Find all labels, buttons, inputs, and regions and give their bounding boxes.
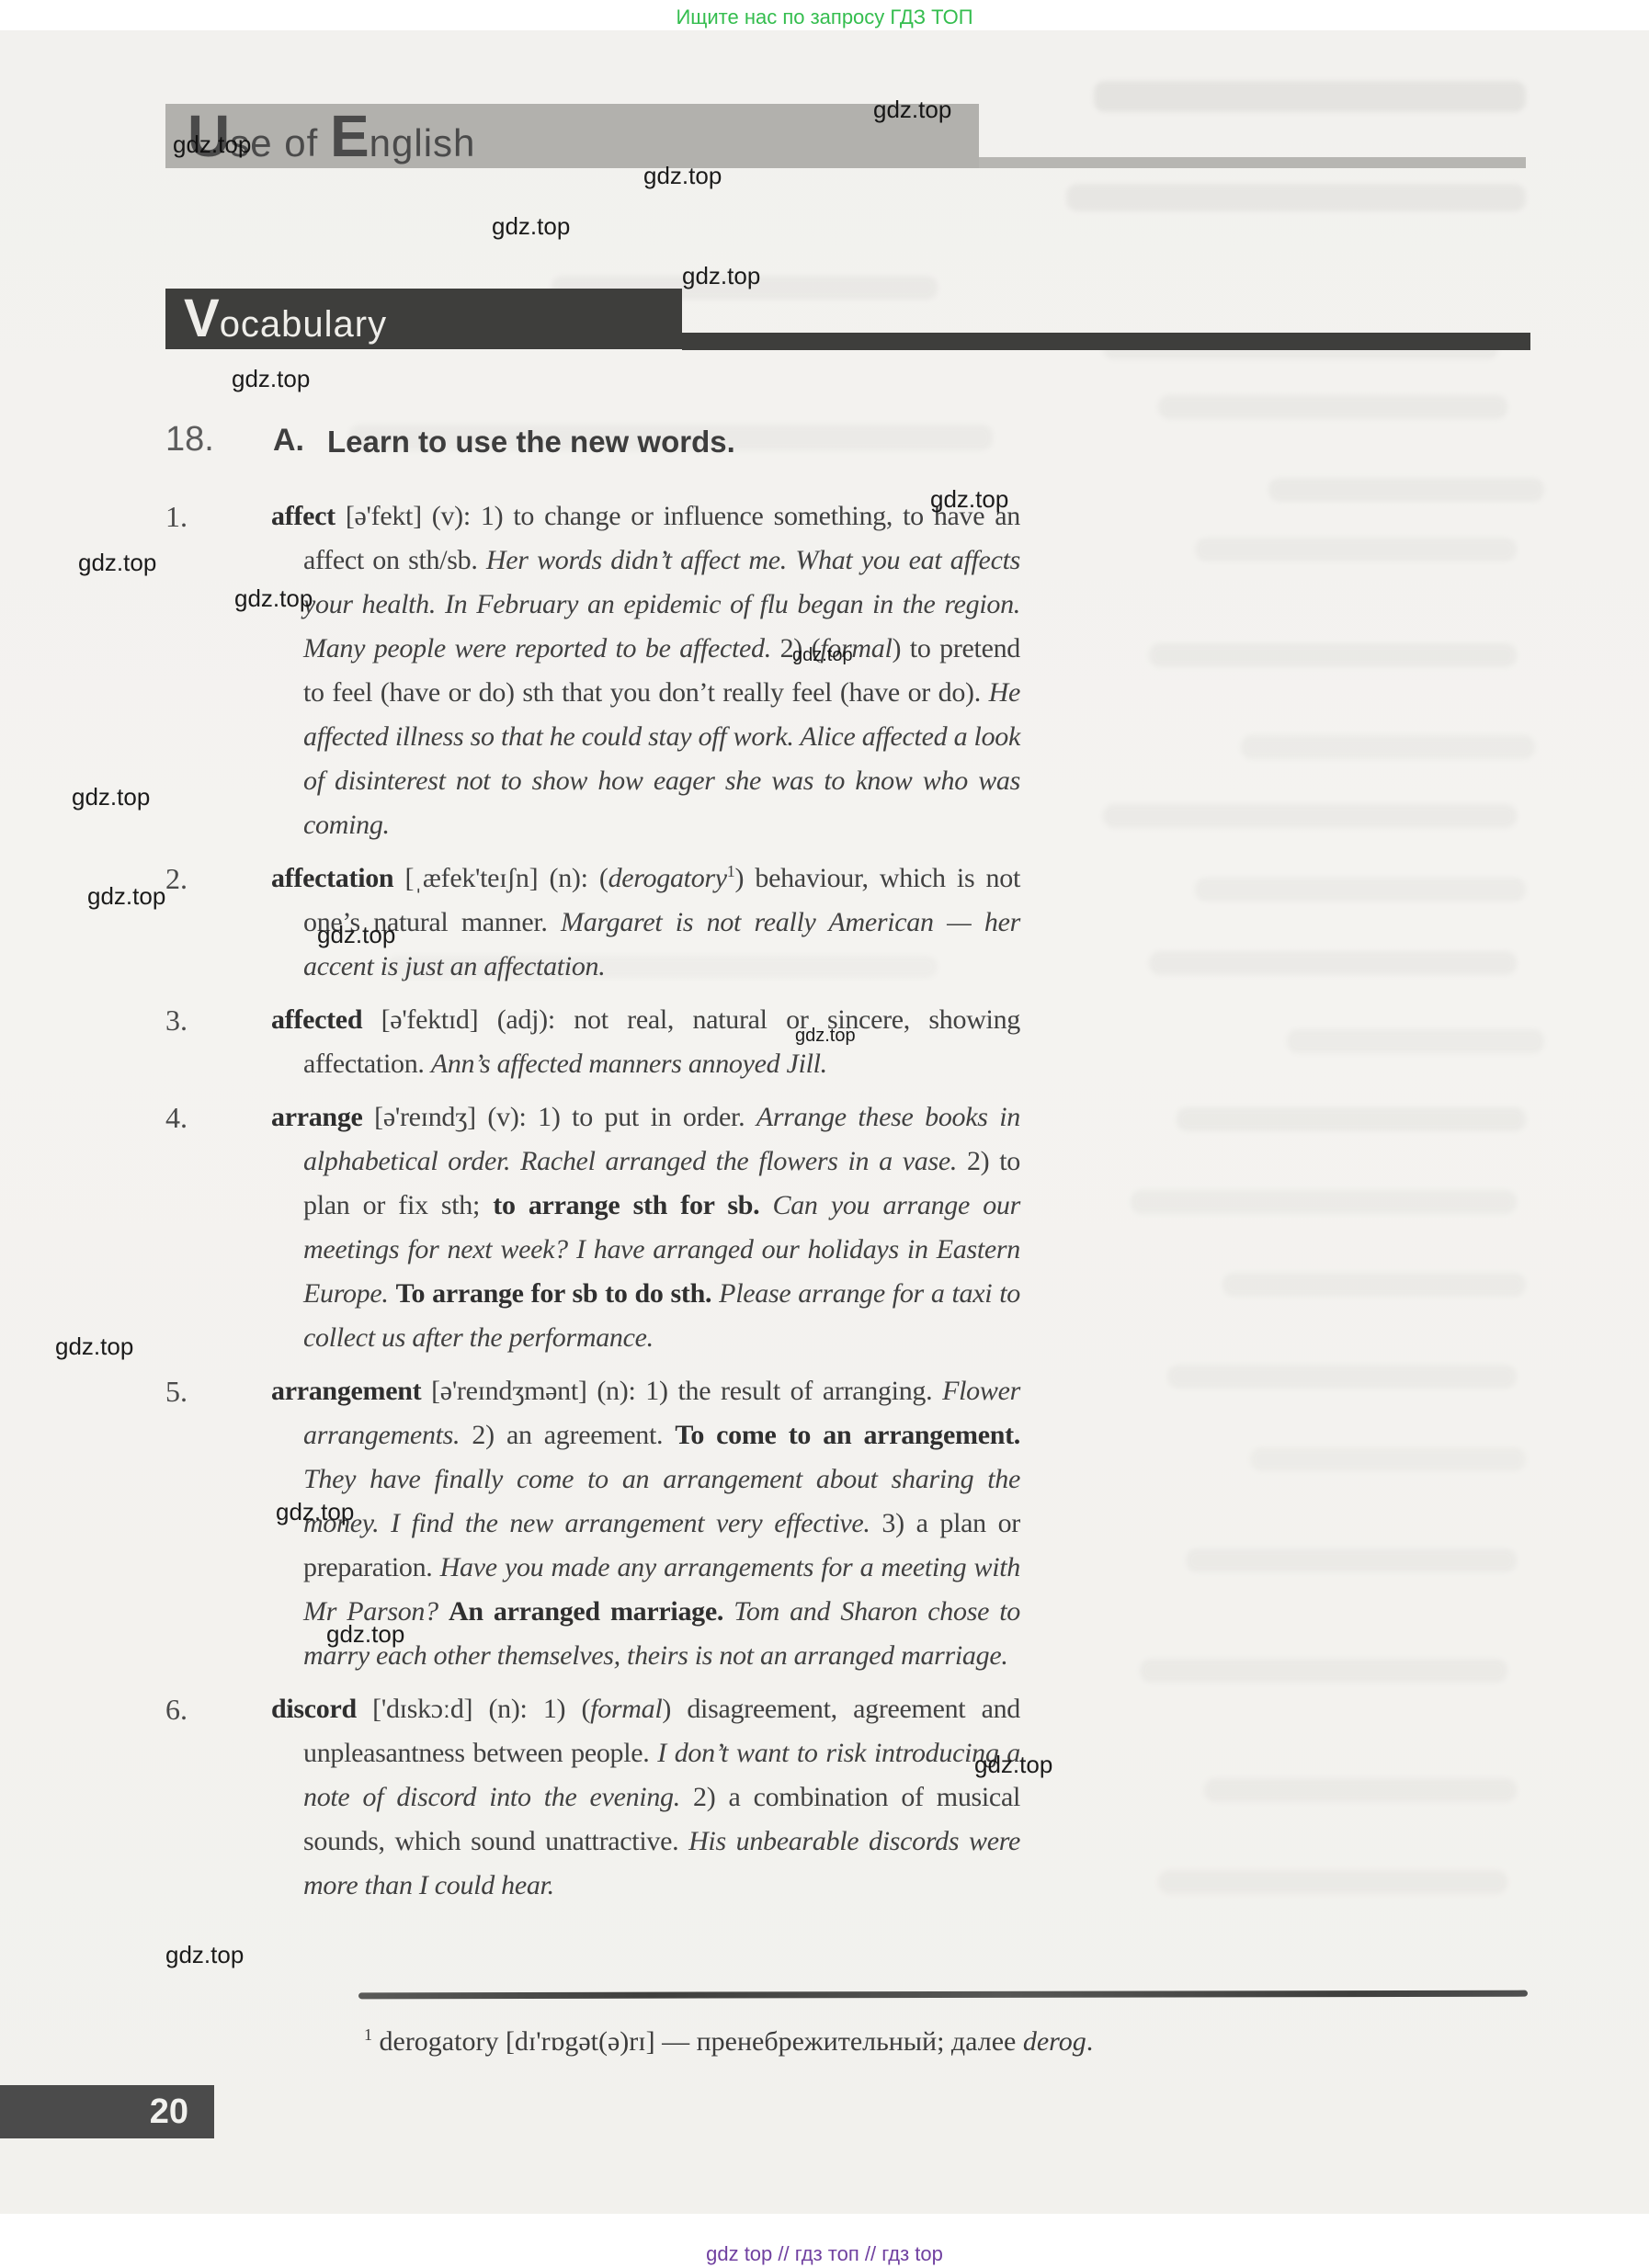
gdz-watermark: gdz.top — [492, 212, 570, 241]
page-number: 20 — [0, 2085, 214, 2138]
vocab-entry-affect: 1.affect [ə'fekt] (v): 1) to change or i… — [165, 494, 1020, 847]
bleed-through-streak — [1204, 1778, 1517, 1802]
exercise-number: 18. — [165, 420, 214, 459]
gdz-watermark: gdz.top — [643, 162, 722, 190]
bleed-through-streak — [1149, 643, 1517, 667]
section-text: ocabulary — [220, 304, 387, 345]
gdz-watermark: gdz.top — [234, 584, 313, 613]
scanned-textbook-page: Ищите нас по запросу ГДЗ ТОП Use of Engl… — [0, 0, 1649, 2268]
bleed-through-streak — [1268, 478, 1544, 502]
site-note-top: Ищите нас по запросу ГДЗ ТОП — [0, 6, 1649, 29]
bleed-through-streak — [1158, 395, 1507, 419]
title-text: nglish — [370, 121, 476, 164]
section-dropcap: V — [184, 289, 220, 348]
gdz-watermark: gdz.top — [974, 1751, 1052, 1779]
entry-definition: arrange [ə'reɪndʒ] (v): 1) to put in ord… — [303, 1095, 1020, 1360]
entry-number: 2. — [165, 856, 188, 901]
gdz-watermark: gdz.top — [232, 365, 310, 393]
bleed-through-streak — [1177, 1107, 1526, 1131]
vocabulary-entries: 1.affect [ə'fekt] (v): 1) to change or i… — [165, 494, 1020, 1917]
footnote: 1 derogatory [dɪ'rɒgət(ə)rɪ] — пренебреж… — [364, 2026, 1522, 2058]
bleed-through-streak — [1287, 1029, 1544, 1053]
bleed-through-streak — [1094, 81, 1526, 112]
entry-number: 3. — [165, 998, 188, 1042]
gdz-watermark: gdz.top — [682, 262, 760, 290]
vocab-entry-affectation: 2.affectation [ˌæfek'teɪʃn] (n): (deroga… — [165, 856, 1020, 989]
bleed-through-streak — [1195, 538, 1517, 561]
gdz-watermark: gdz.top — [930, 485, 1008, 514]
entry-definition: arrangement [ə'reɪndʒmənt] (n): 1) the r… — [303, 1369, 1020, 1678]
gdz-watermark: gdz.top — [87, 882, 165, 911]
gdz-watermark: gdz.top — [78, 549, 156, 577]
bleed-through-streak — [1195, 878, 1526, 902]
gdz-watermark: gdz.top — [55, 1332, 133, 1361]
bleed-through-streak — [1140, 1659, 1507, 1683]
gdz-watermark: gdz.top — [792, 645, 853, 666]
entry-number: 4. — [165, 1095, 188, 1140]
gdz-watermark: gdz.top — [873, 96, 951, 124]
vocab-entry-affected: 3.affected [ə'fektɪd] (adj): not real, n… — [165, 998, 1020, 1086]
entry-number: 5. — [165, 1369, 188, 1413]
bleed-through-streak — [1103, 804, 1517, 828]
exercise-letter: A. — [273, 423, 304, 459]
bleed-through-streak — [1223, 1273, 1526, 1297]
bleed-through-streak — [1241, 735, 1535, 759]
gdz-watermark: gdz.top — [276, 1498, 354, 1526]
gdz-watermark: gdz.top — [173, 130, 251, 159]
bleed-through-streak — [1131, 1190, 1517, 1214]
exercise-instruction: Learn to use the new words. — [327, 425, 735, 459]
bleed-through-streak — [1066, 184, 1526, 211]
bleed-through-streak — [1149, 951, 1517, 975]
entry-definition: affectation [ˌæfek'teɪʃn] (n): (derogato… — [303, 856, 1020, 989]
bleed-through-streak — [1167, 1365, 1517, 1389]
vocabulary-banner: Vocabulary — [165, 289, 682, 349]
gdz-watermark: gdz.top — [72, 783, 150, 811]
vocabulary-banner-underline — [682, 333, 1530, 350]
use-of-english-banner: Use of English — [165, 104, 979, 168]
bleed-through-streak — [1158, 1870, 1507, 1894]
entry-definition: affect [ə'fekt] (v): 1) to change or inf… — [303, 494, 1020, 847]
use-of-english-banner-underline — [979, 157, 1526, 168]
title-dropcap: E — [330, 103, 370, 169]
gdz-watermark: gdz.top — [795, 1026, 856, 1047]
bleed-through-streak — [1186, 1548, 1517, 1572]
gdz-watermark: gdz.top — [165, 1941, 244, 1969]
entry-definition: affected [ə'fektɪd] (adj): not real, nat… — [303, 998, 1020, 1086]
site-note-bottom: gdz top // гдз топ // гдз top — [0, 2242, 1649, 2266]
footnote-divider-rule — [358, 1990, 1528, 2000]
vocab-entry-discord: 6.discord ['dɪskɔːd] (n): 1) (formal) di… — [165, 1687, 1020, 1908]
gdz-watermark: gdz.top — [317, 921, 395, 949]
entry-number: 1. — [165, 494, 188, 539]
bleed-through-streak — [1250, 1447, 1526, 1471]
entry-definition: discord ['dɪskɔːd] (n): 1) (formal) disa… — [303, 1687, 1020, 1908]
page-number-box: 20 — [0, 2085, 214, 2138]
gdz-watermark: gdz.top — [326, 1620, 404, 1649]
book-page-paper: Use of English Vocabulary 18. A. Learn t… — [0, 30, 1649, 2214]
vocab-entry-arrange: 4.arrange [ə'reɪndʒ] (v): 1) to put in o… — [165, 1095, 1020, 1360]
entry-number: 6. — [165, 1687, 188, 1731]
